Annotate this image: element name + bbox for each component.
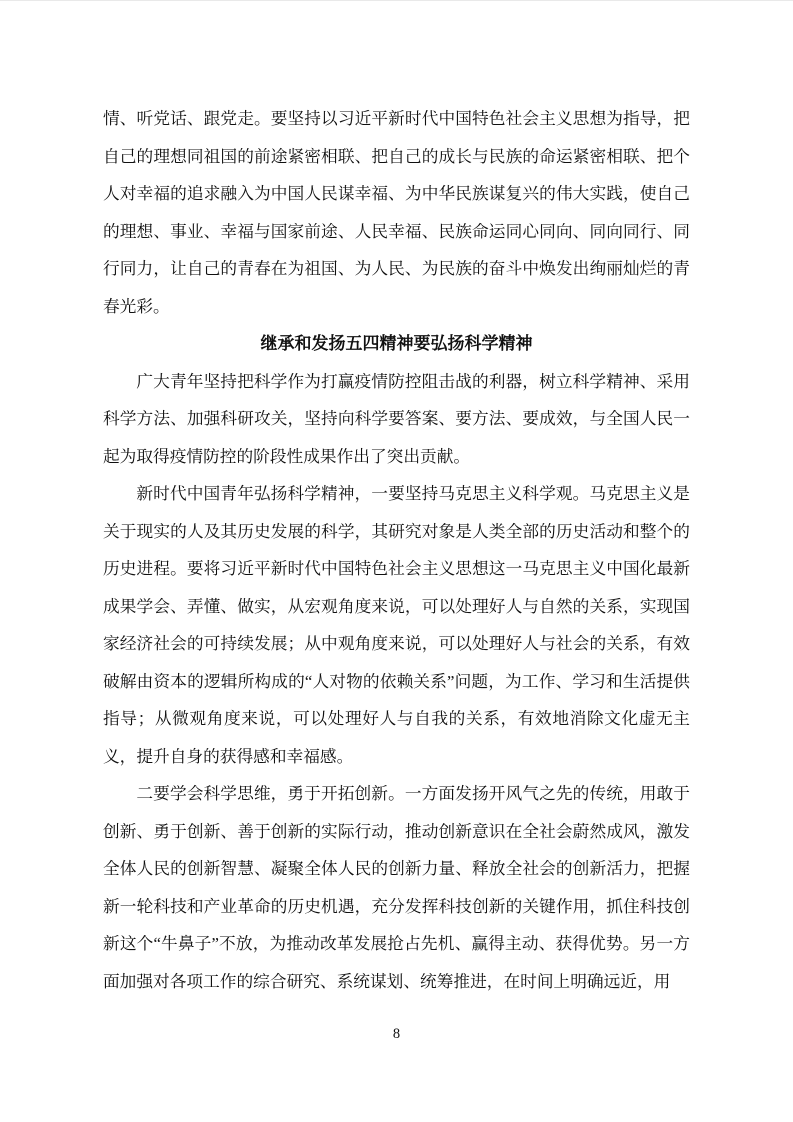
page-number: 8 <box>0 1024 793 1044</box>
text-block: 情、听党话、跟党走。要坚持以习近平新时代中国特色社会主义思想为指导，把自己的理想… <box>103 100 690 1000</box>
section-heading: 继承和发扬五四精神要弘扬科学精神 <box>103 325 690 363</box>
paragraph-marxist-science-view: 新时代中国青年弘扬科学精神，一要坚持马克思主义科学观。马克思主义是关于现实的人及… <box>103 475 690 775</box>
paragraph-science-weapon: 广大青年坚持把科学作为打赢疫情防控阻击战的利器，树立科学精神、采用科学方法、加强… <box>103 363 690 476</box>
paragraph-continuation: 情、听党话、跟党走。要坚持以习近平新时代中国特色社会主义思想为指导，把自己的理想… <box>103 100 690 325</box>
document-page: { "document": { "background_color": "#ff… <box>0 0 793 1122</box>
paragraph-scientific-thinking: 二要学会科学思维，勇于开拓创新。一方面发扬开风气之先的传统，用敢于创新、勇于创新… <box>103 775 690 1000</box>
